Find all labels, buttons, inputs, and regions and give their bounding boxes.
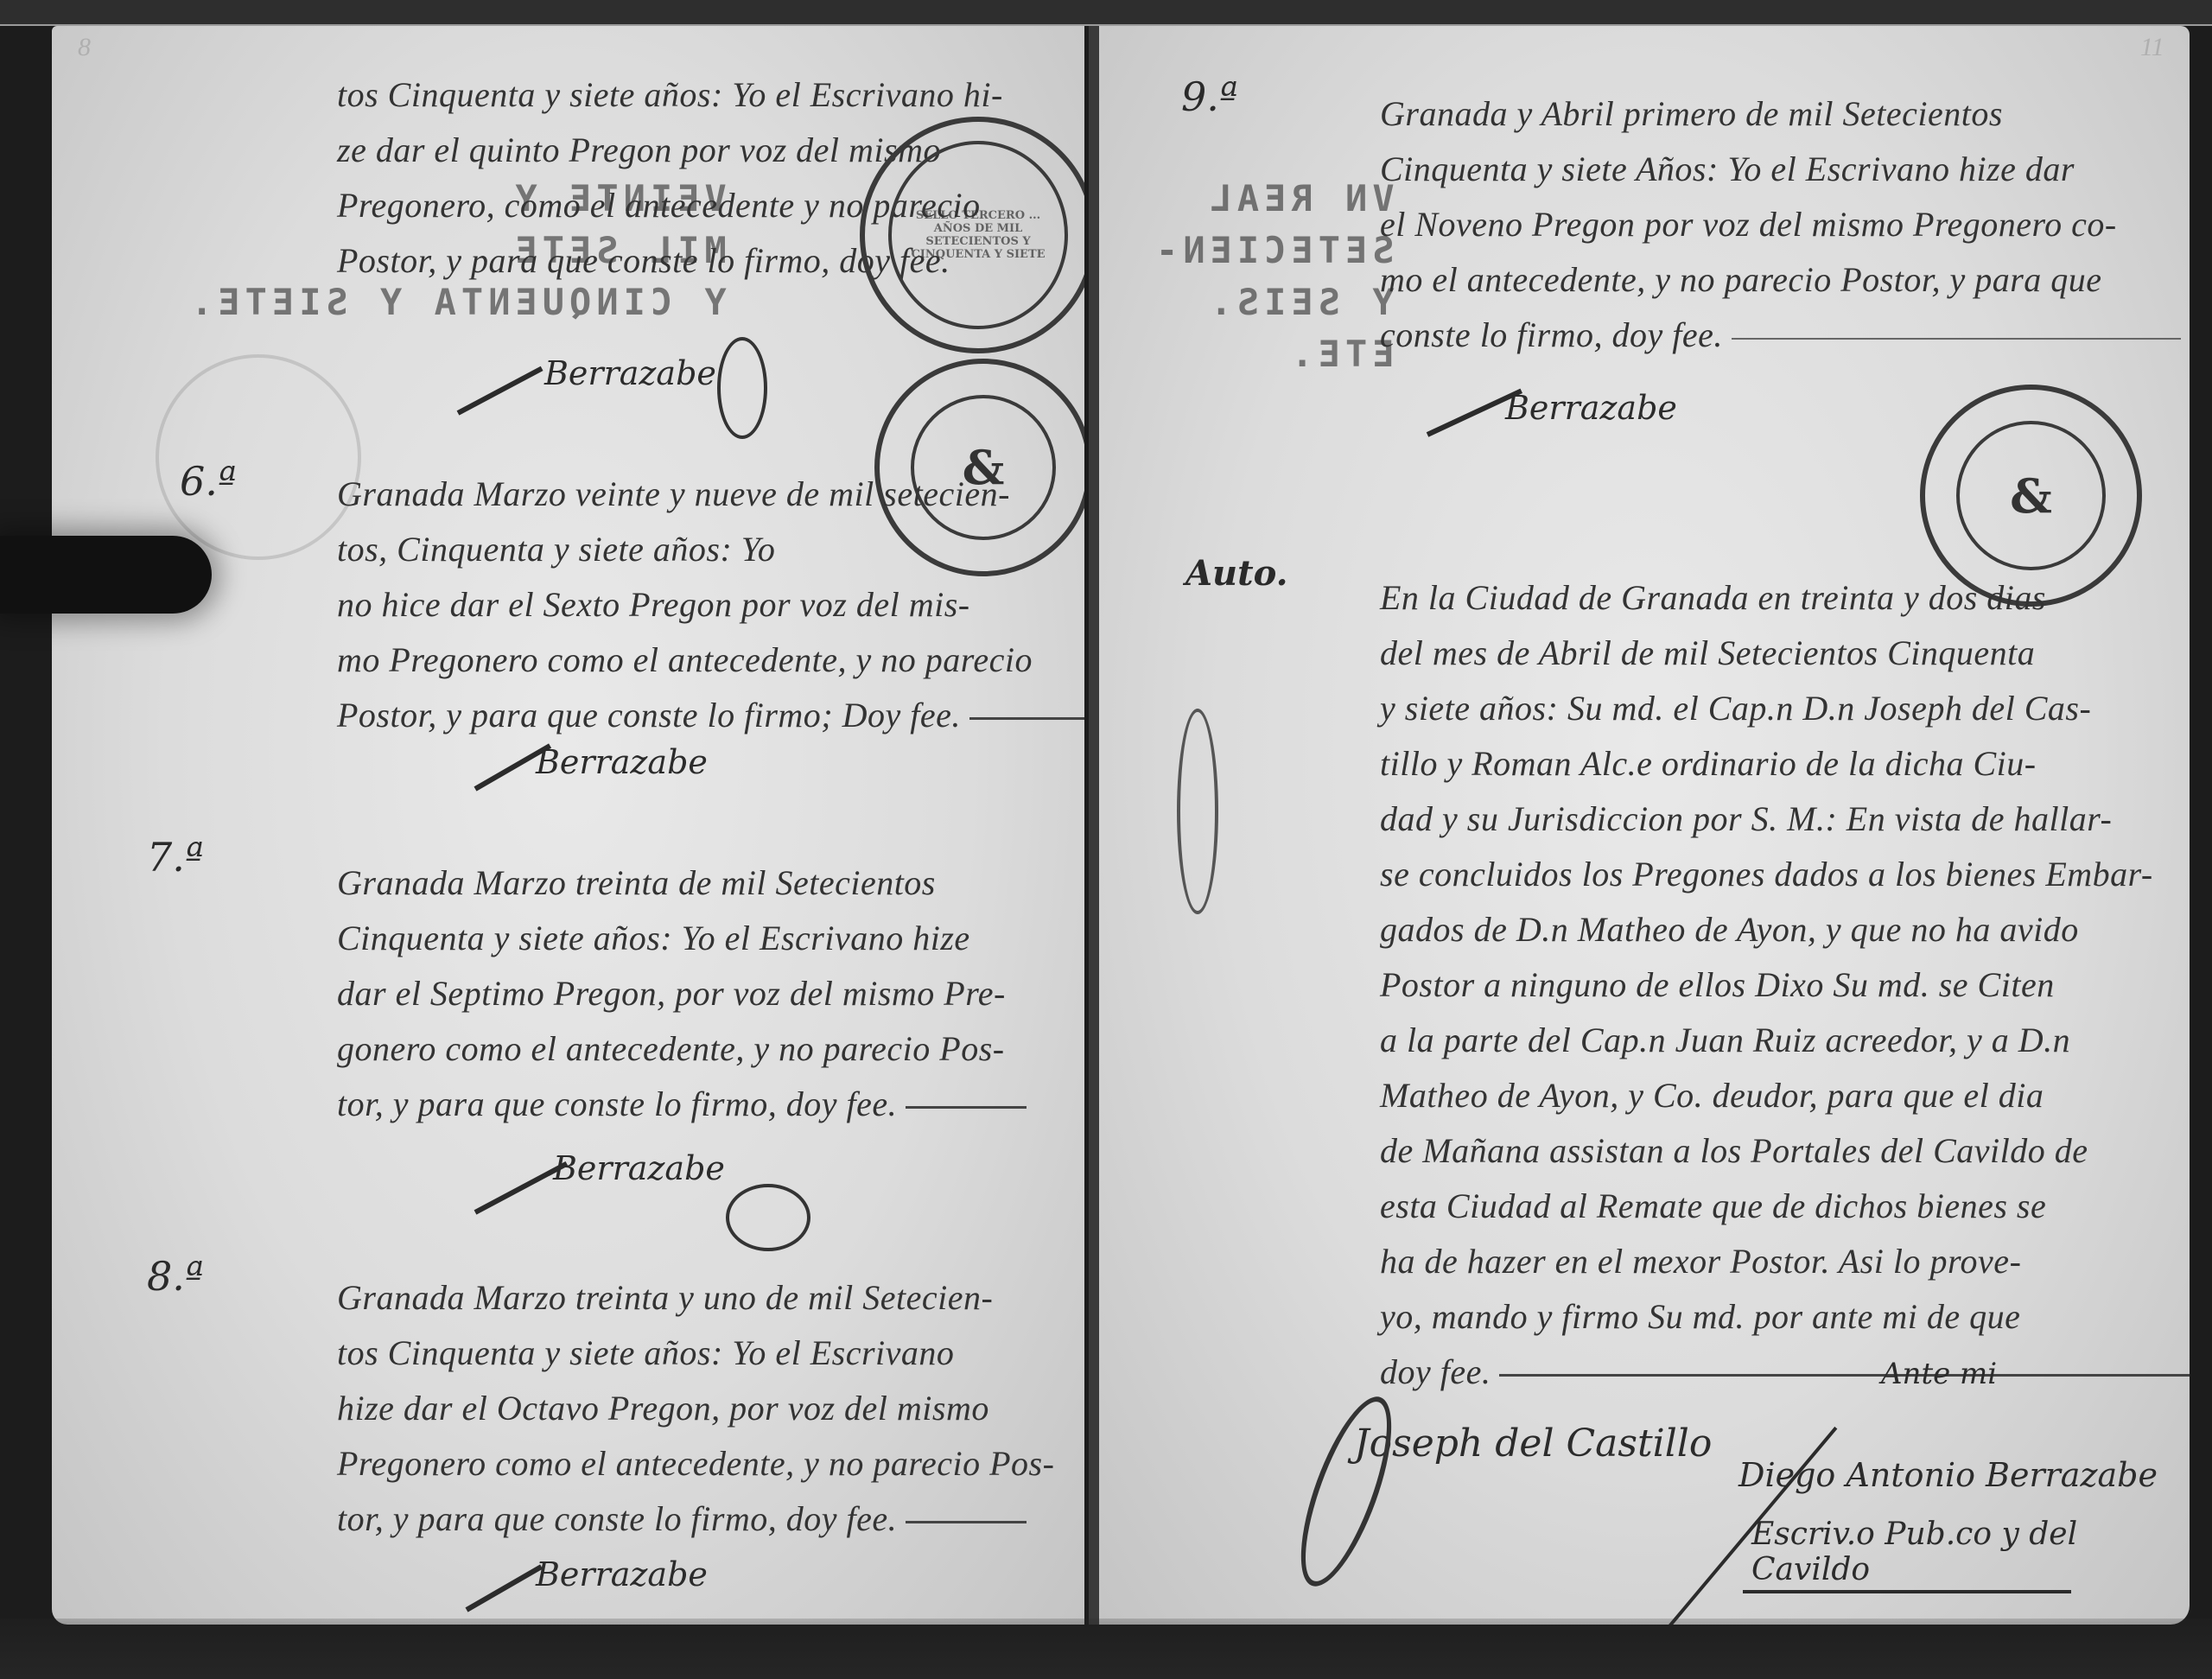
signature-underline (1743, 1590, 2071, 1593)
entry-number: 6.ª (180, 458, 237, 505)
entry-number: 9.ª (1181, 73, 1238, 120)
entry-9: Granada y Abril primero de mil Setecient… (1380, 86, 2181, 363)
entry-number: 8.ª (147, 1253, 204, 1300)
text-line: mo el antecedente, y no parecio Postor, … (1380, 252, 2181, 308)
text-line: Granada Marzo veinte y nueve de mil sete… (337, 467, 1084, 522)
text-line: gonero como el antecedente, y no parecio… (337, 1021, 1027, 1077)
left-page: 8 VEINTE Y MIL SETE Y CINQUENTA Y SIETE.… (52, 26, 1084, 1625)
text-line: tillo y Roman Alc.e ordinario de la dich… (1380, 736, 2190, 792)
signature-flourish (474, 1161, 569, 1215)
text-line: Cinquenta y siete Años: Yo el Escrivano … (1380, 142, 2181, 197)
signature-rubric (1282, 1387, 1409, 1597)
ghost-stamp (156, 354, 361, 560)
seal-text: SELLO TERCERO ... AÑOS DE MIL SETECIENTO… (892, 192, 1065, 278)
signature-flourish (457, 366, 543, 416)
page-corner-mark: 8 (78, 33, 91, 62)
entry-label-auto: Auto. (1185, 553, 1288, 594)
entry-7: Granada Marzo treinta de mil Setecientos… (337, 855, 1027, 1132)
text-line: se concluidos los Pregones dados a los b… (1380, 847, 2190, 902)
text-line: y siete años: Su md. el Cap.n D.n Joseph… (1380, 681, 2190, 736)
text-line: tos, Cinquenta y siete años: Yo (337, 522, 1084, 577)
text-line: conste lo firmo, doy fee. (1380, 308, 2181, 363)
text-line: tos Cinquenta y siete años: Yo el Escriv… (337, 1326, 1054, 1381)
signature-notary-name: Diego Antonio Berrazabe (1738, 1456, 2158, 1494)
text-line: Cinquenta y siete años: Yo el Escrivano … (337, 911, 1027, 966)
text-line: dar el Septimo Pregon, por voz del mismo… (337, 966, 1027, 1021)
book-spine (1089, 26, 1099, 1625)
text-line: yo, mando y firmo Su md. por ante mi de … (1380, 1289, 2190, 1345)
signature: Berrazabe (553, 1149, 725, 1187)
signature-notary-title: Escriv.o Pub.co y del Cavildo (1751, 1517, 2190, 1587)
text-line: Postor, y para que conste lo firmo; Doy … (337, 688, 1084, 743)
signature-flourish (466, 1564, 543, 1612)
scan-bottom-edge (0, 1619, 2212, 1679)
text-line: Matheo de Ayon, y Co. deudor, para que e… (1380, 1068, 2190, 1123)
text-line: Granada Marzo treinta de mil Setecientos (337, 855, 1027, 911)
text-line: doy fee. (1380, 1345, 2190, 1400)
signature: Berrazabe (536, 743, 708, 781)
page-corner-mark: 11 (2140, 33, 2164, 62)
entry-number: 7.ª (147, 834, 204, 881)
text-line: no hice dar el Sexto Pregon por voz del … (337, 577, 1084, 633)
text-line: esta Ciudad al Remate que de dichos bien… (1380, 1179, 2190, 1234)
signature-rubric (726, 1184, 810, 1251)
text-line: dad y su Jurisdiccion por S. M.: En vist… (1380, 792, 2190, 847)
signature: Berrazabe (544, 354, 716, 392)
bleed-through-text: VN REAL SETECIEN- Y SEIS. ETE. (1151, 173, 1395, 380)
right-page: 11 VN REAL SETECIEN- Y SEIS. ETE. 9.ª Gr… (1099, 26, 2190, 1625)
entry-6: Granada Marzo veinte y nueve de mil sete… (337, 467, 1084, 743)
text-line: a la parte del Cap.n Juan Ruiz acreedor,… (1380, 1013, 2190, 1068)
signature-ante-mi: Ante mi (1881, 1357, 1997, 1391)
signature-joseph-del-castillo: Joseph del Castillo (1354, 1421, 1712, 1466)
margin-flourish (1177, 709, 1218, 914)
text-line: del mes de Abril de mil Setecientos Cinq… (1380, 626, 2190, 681)
text-line: Pregonero como el antecedente, y no pare… (337, 1436, 1054, 1491)
signature: Berrazabe (1505, 389, 1677, 427)
text-line: hize dar el Octavo Pregon, por voz del m… (337, 1381, 1054, 1436)
seal-monogram: & (2010, 468, 2052, 524)
auto-entry: En la Ciudad de Granada en treinta y dos… (1380, 570, 2190, 1400)
text-line: mo Pregonero como el antecedente, y no p… (337, 633, 1084, 688)
entry-8: Granada Marzo treinta y uno de mil Setec… (337, 1270, 1054, 1547)
manuscript-spread: 8 VEINTE Y MIL SETE Y CINQUENTA Y SIETE.… (35, 26, 2199, 1625)
scan-top-edge (0, 0, 2212, 26)
text-line: Postor a ninguno de ellos Dixo Su md. se… (1380, 957, 2190, 1013)
text-line: tor, y para que conste lo firmo, doy fee… (337, 1077, 1027, 1132)
text-line: Granada y Abril primero de mil Setecient… (1380, 86, 2181, 142)
text-line: el Noveno Pregon por voz del mismo Prego… (1380, 197, 2181, 252)
seal-stamp-upper: SELLO TERCERO ... AÑOS DE MIL SETECIENTO… (860, 117, 1084, 353)
signature-rubric (717, 337, 767, 439)
text-line: tos Cinquenta y siete años: Yo el Escriv… (337, 67, 1003, 123)
text-line: tor, y para que conste lo firmo, doy fee… (337, 1491, 1054, 1547)
text-line: Granada Marzo treinta y uno de mil Setec… (337, 1270, 1054, 1326)
text-line: de Mañana assistan a los Portales del Ca… (1380, 1123, 2190, 1179)
text-line: gados de D.n Matheo de Ayon, y que no ha… (1380, 902, 2190, 957)
text-line: ha de hazer en el mexor Postor. Asi lo p… (1380, 1234, 2190, 1289)
signature: Berrazabe (536, 1555, 708, 1593)
text-line: En la Ciudad de Granada en treinta y dos… (1380, 570, 2190, 626)
scanner-thumb-shadow (0, 536, 212, 614)
